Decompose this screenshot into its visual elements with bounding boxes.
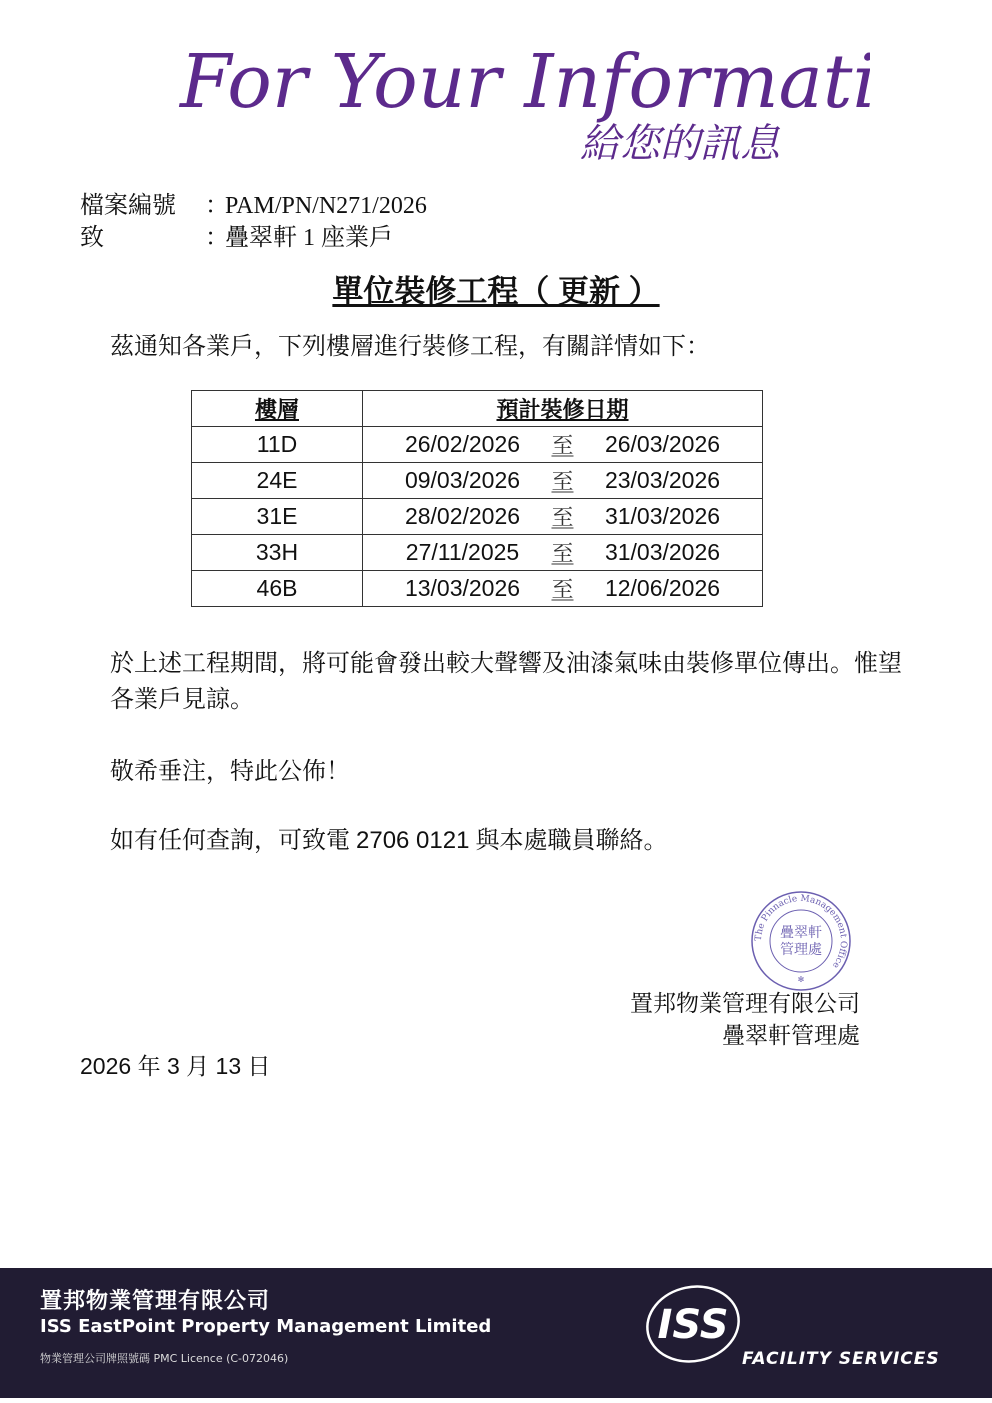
floor-cell: 11D [192,427,363,463]
start-date: 09/03/2026 [393,467,533,494]
floor-cell: 46B [192,571,363,607]
recipient-value: 疊翠軒 1 座業戶 [225,222,393,254]
floor-cell: 24E [192,463,363,499]
noise-notice-paragraph: 於上述工程期間，將可能會發出較大聲響及油漆氣味由裝修單位傳出。惟望各業戶見諒。 [110,646,920,718]
table-row: 11D 26/02/2026 至 26/03/2026 [192,427,763,463]
start-date: 13/03/2026 [393,575,533,602]
header-dates: 預計裝修日期 [363,391,763,427]
footer-company-zh: 置邦物業管理有限公司 [40,1284,270,1315]
signature-company: 置邦物業管理有限公司 [630,988,860,1020]
phone-number: 2706 0121 [356,827,469,854]
to-word: 至 [533,501,593,532]
iss-logo: ISS FACILITY SERVICES [645,1282,965,1366]
to-word: 至 [533,537,593,568]
enquiry-text-after: 與本處職員聯絡。 [469,828,667,854]
start-date: 28/02/2026 [393,503,533,530]
date-year: 2026 [80,1053,131,1079]
table-row: 24E 09/03/2026 至 23/03/2026 [192,463,763,499]
end-date: 31/03/2026 [593,503,733,530]
fyi-banner: For Your Information 給您的訊息 [170,22,870,172]
start-date: 26/02/2026 [393,431,533,458]
seal-line-1: 疊翠軒 [780,924,822,941]
signature-office: 疊翠軒管理處 [630,1020,860,1052]
notice-title: 單位裝修工程（ 更新 ） [0,266,992,311]
svg-text:✻: ✻ [798,975,805,984]
file-number-label: 檔案編號 [80,190,205,222]
file-number-row: 檔案編號 ： PAM/PN/N271/2026 [80,190,427,222]
date-day-unit: 日 [248,1054,271,1079]
date-range-cell: 13/03/2026 至 12/06/2026 [363,571,763,607]
end-date: 23/03/2026 [593,467,733,494]
enquiry-paragraph: 如有任何查詢，可致電 2706 0121 與本處職員聯絡。 [110,823,920,859]
banner-title-en: For Your Information [178,39,870,125]
colon: ： [205,190,225,222]
iss-tagline: FACILITY SERVICES [742,1349,940,1366]
renovation-schedule-table: 樓層 預計裝修日期 11D 26/02/2026 至 26/03/2026 24… [191,390,763,607]
table-row: 46B 13/03/2026 至 12/06/2026 [192,571,763,607]
notice-intro: 茲通知各業戶，下列樓層進行裝修工程，有關詳情如下： [110,326,710,361]
header-floor: 樓層 [192,391,363,427]
date-year-unit: 年 [138,1054,161,1079]
enquiry-text-before: 如有任何查詢，可致電 [110,828,356,854]
date-range-cell: 27/11/2025 至 31/03/2026 [363,535,763,571]
company-footer: 置邦物業管理有限公司 ISS EastPoint Property Manage… [0,1268,992,1398]
end-date: 12/06/2026 [593,575,733,602]
end-date: 26/03/2026 [593,431,733,458]
date-range-cell: 26/02/2026 至 26/03/2026 [363,427,763,463]
table-row: 31E 28/02/2026 至 31/03/2026 [192,499,763,535]
end-date: 31/03/2026 [593,539,733,566]
date-day: 13 [216,1053,242,1079]
date-month: 3 [167,1053,180,1079]
management-office-seal: The Pinnacle Management Office 疊翠軒 管理處 ✻ [750,890,852,992]
seal-line-2: 管理處 [780,941,822,958]
date-range-cell: 28/02/2026 至 31/03/2026 [363,499,763,535]
footer-company-en: ISS EastPoint Property Management Limite… [40,1316,491,1337]
recipient-label: 致 [80,222,205,254]
recipient-row: 致 ： 疊翠軒 1 座業戶 [80,222,427,254]
signature-block: 置邦物業管理有限公司 疊翠軒管理處 [630,988,860,1052]
iss-logo-text: ISS [657,1302,728,1348]
date-range-cell: 09/03/2026 至 23/03/2026 [363,463,763,499]
closing-paragraph: 敬希垂注，特此公佈！ [110,754,920,790]
to-word: 至 [533,465,593,496]
start-date: 27/11/2025 [393,539,533,566]
footer-licence: 物業管理公司牌照號碼 PMC Licence (C-072046) [40,1350,288,1366]
banner-title-zh: 給您的訊息 [580,121,782,167]
iss-logo-icon: ISS FACILITY SERVICES [645,1282,965,1366]
seal-stamp-icon: The Pinnacle Management Office 疊翠軒 管理處 ✻ [750,890,852,992]
table-row: 33H 27/11/2025 至 31/03/2026 [192,535,763,571]
colon: ： [205,222,225,254]
issue-date: 2026 年 3 月 13 日 [80,1048,271,1081]
to-word: 至 [533,429,593,460]
date-month-unit: 月 [186,1054,209,1079]
table-header-row: 樓層 預計裝修日期 [192,391,763,427]
file-number-value: PAM/PN/N271/2026 [225,190,427,222]
document-meta: 檔案編號 ： PAM/PN/N271/2026 致 ： 疊翠軒 1 座業戶 [80,190,427,254]
floor-cell: 33H [192,535,363,571]
floor-cell: 31E [192,499,363,535]
to-word: 至 [533,573,593,604]
fyi-banner-graphic: For Your Information 給您的訊息 [170,22,870,172]
